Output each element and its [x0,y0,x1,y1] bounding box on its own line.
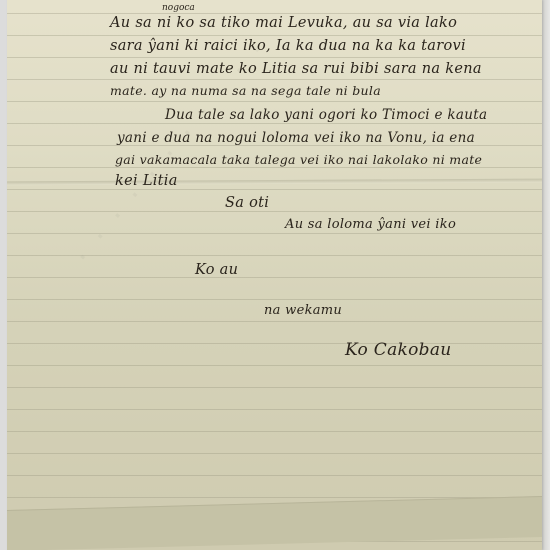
letter-line-2: sara ŷani ki raici iko, Ia ka dua na ka … [110,38,466,54]
letter-line-4: mate. ay na numa sa na sega tale ni bula [110,83,381,98]
letter-line-7: gai vakamacala taka talega vei iko nai l… [115,152,482,167]
letter-line-1: Au sa ni ko sa tiko mai Levuka, au sa vi… [110,15,457,31]
letter-line-8: kei Litia [115,173,178,189]
letter-line-3: au ni tauvi mate ko Litia sa rui bibi sa… [110,61,482,77]
closing-sa-oti: Sa oti [225,195,269,211]
insertion-word: nogoca [162,3,195,13]
background-left [0,0,7,550]
letter-paper: · · · · · · · · · · · nogoca Au sa ni ko… [7,0,542,550]
closing-loloma: Au sa loloma ŷani vei iko [285,217,456,232]
na-wekamu: na wekamu [264,303,342,318]
background-right [542,0,550,550]
ko-au: Ko au [195,262,238,278]
letter-line-5: Dua tale sa lako yani ogori ko Timoci e … [165,107,487,123]
signature: Ko Cakobau [345,340,452,360]
letter-line-6: yani e dua na nogui loloma vei iko na Vo… [117,130,475,146]
